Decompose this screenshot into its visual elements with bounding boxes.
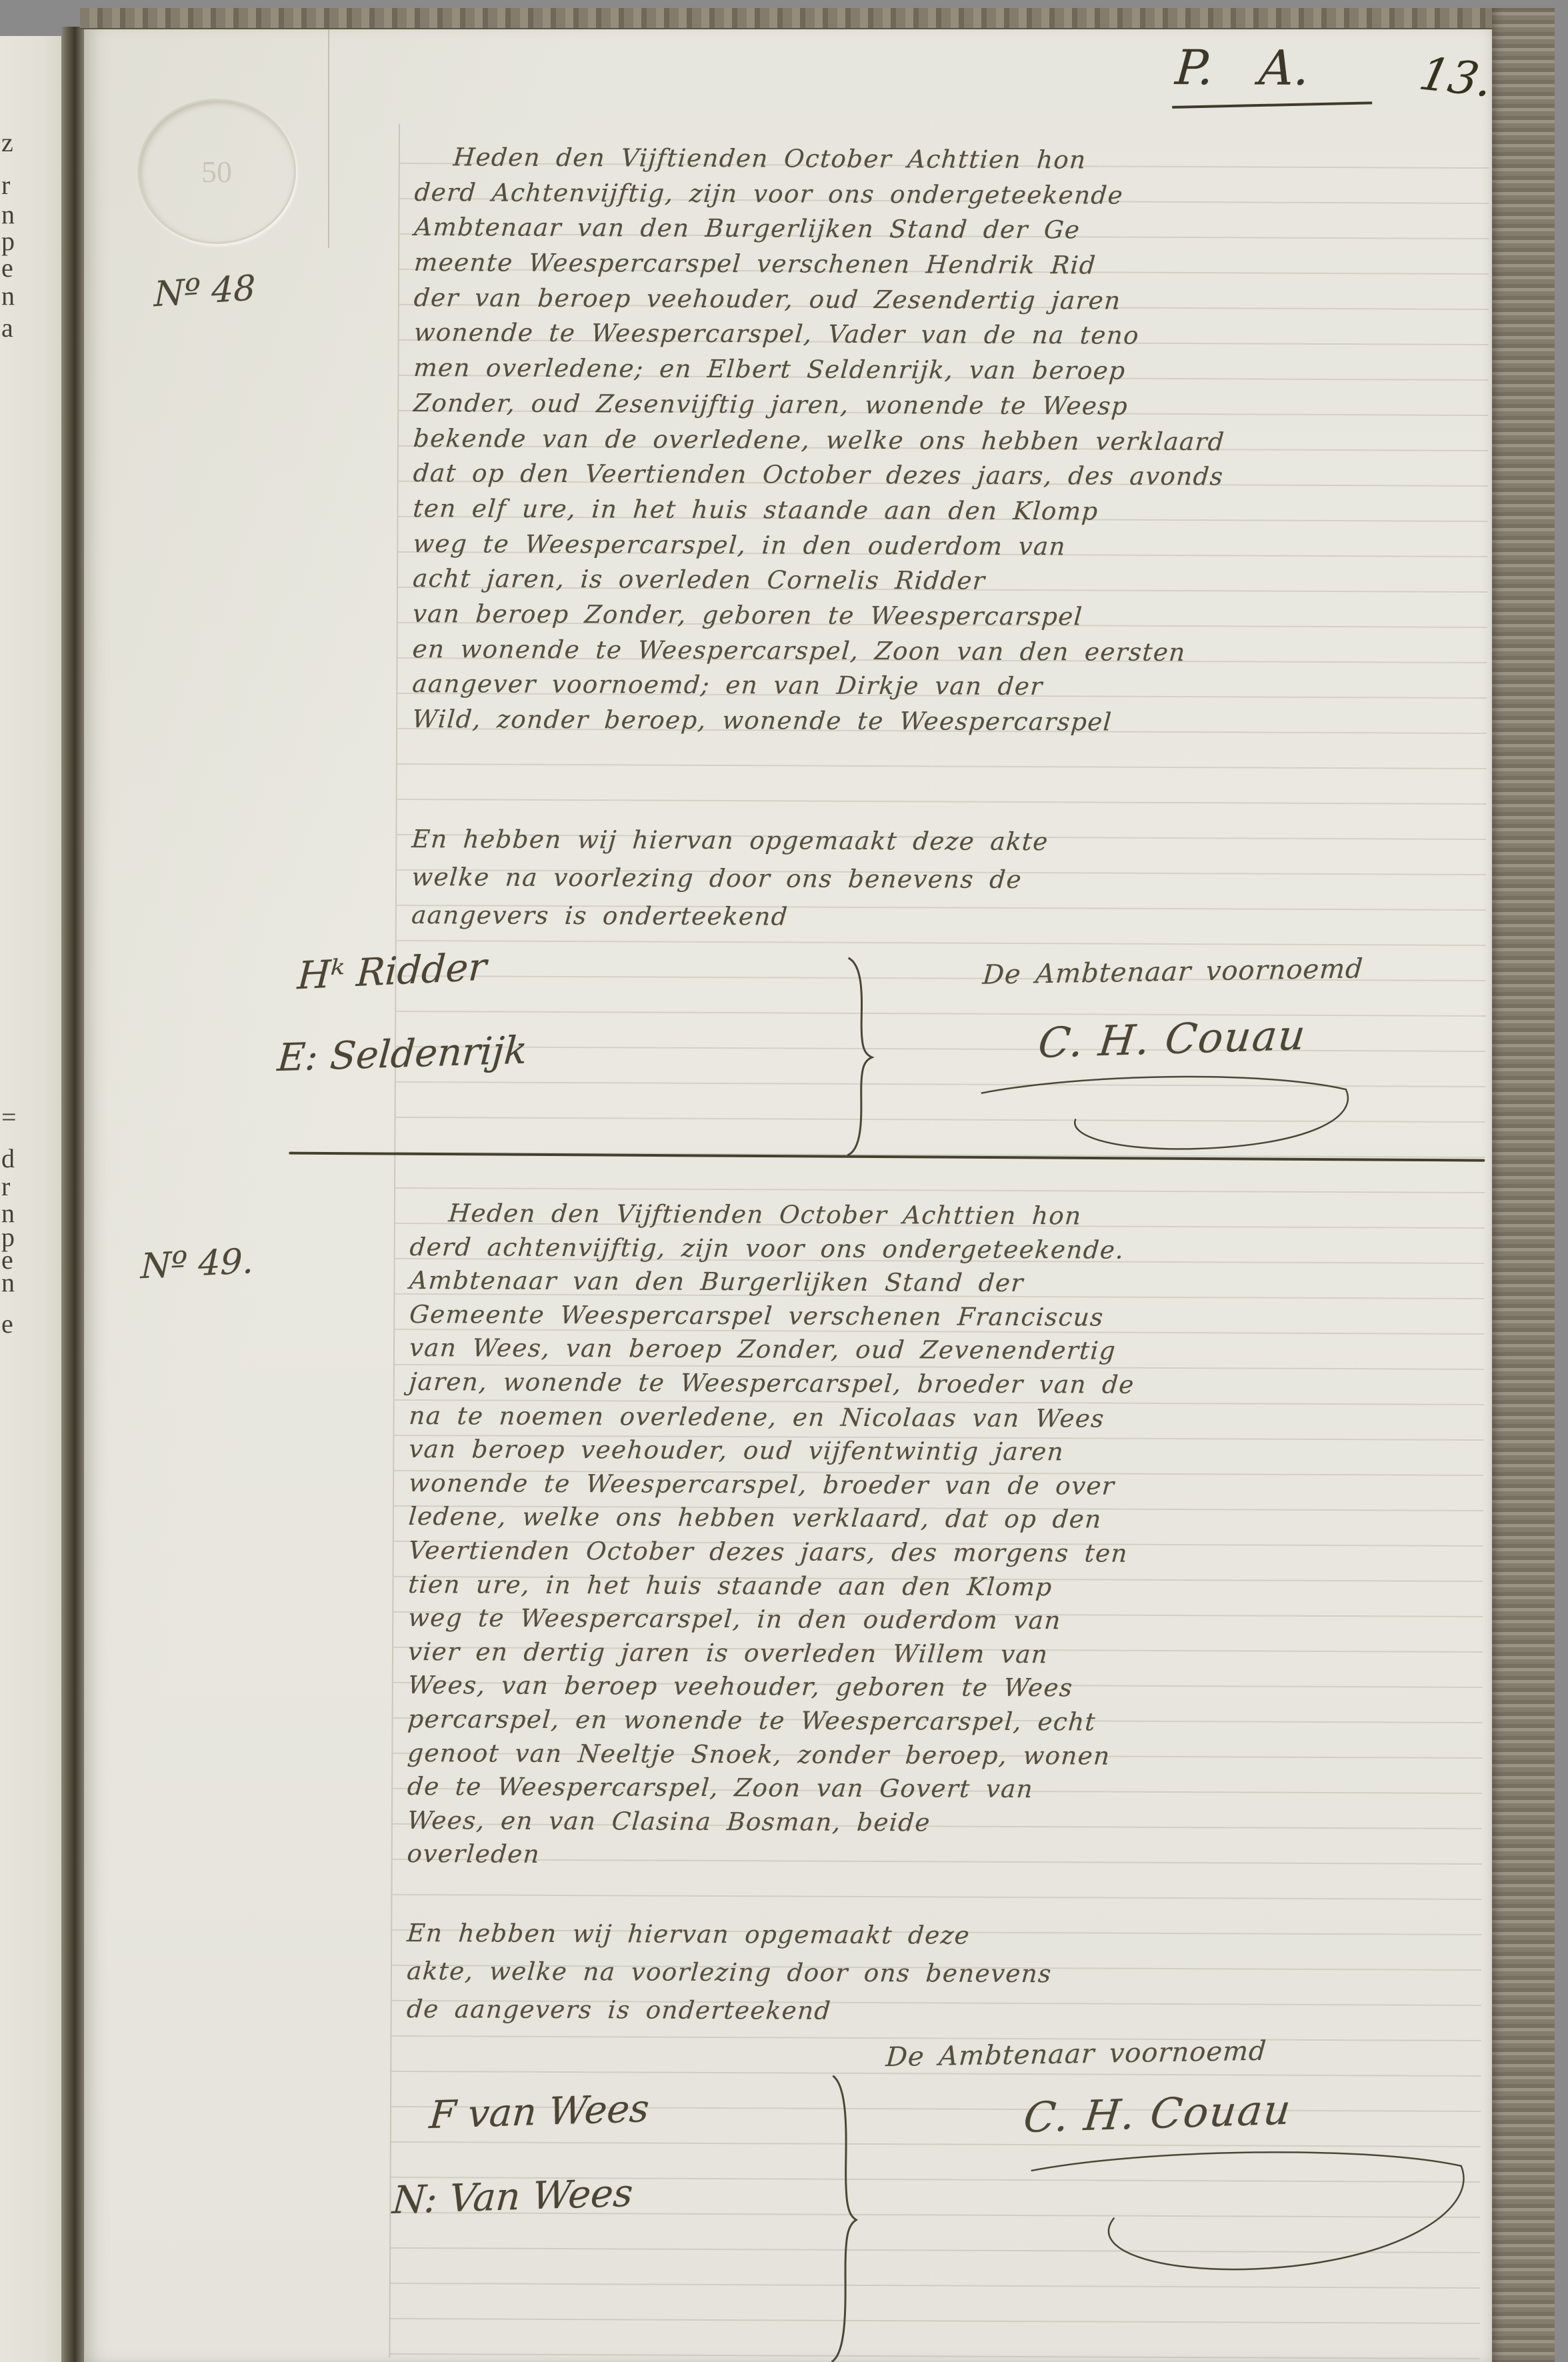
ruled-line [395, 1187, 1485, 1193]
record-49-body-line: genoot van Neeltje Snoek, zonder beroep,… [406, 1738, 1134, 1775]
record-49-body-line: Ambtenaar van den Burgerlijken Stand der [408, 1266, 1136, 1303]
record-48-closing: En hebben wij hiervan opgemaakt deze akt… [410, 825, 1047, 941]
header-annotation: P. A. [1173, 39, 1311, 96]
record-49-closing-line: de aangevers is onderteekend [405, 1995, 1053, 2035]
record-49-body-line: percarspel, en wonende te Weespercarspel… [406, 1705, 1134, 1741]
record-49-closing-line: En hebben wij hiervan opgemaakt deze [405, 1919, 1053, 1959]
record-48-signature-declarant-2: E: Seldenrijk [276, 1028, 529, 1080]
record-48-body-line: acht jaren, is overleden Cornelis Ridder [411, 564, 1225, 603]
record-49-number: Nº 49. [140, 1241, 253, 1287]
record-49-official-caption: De Ambtenaar voornoemd [885, 2036, 1267, 2073]
record-48-body-line: meente Weespercarspel verschenen Hendrik… [413, 248, 1227, 287]
record-48-body-line: en wonende te Weespercarspel, Zoon van d… [411, 635, 1225, 673]
record-49-body: Heden den Vijftienden October Achttien h… [406, 1199, 1134, 1877]
record-49-body-line: tien ure, in het huis staande aan den Kl… [407, 1570, 1135, 1607]
record-48-body-line: ten elf ure, in het huis staande aan den… [411, 494, 1225, 533]
record-49-signature-declarant-2: N: Van Wees [391, 2171, 634, 2223]
signature-brace-icon [841, 957, 875, 1157]
record-48-body-line: men overledene; en Elbert Seldenrijk, va… [412, 353, 1226, 392]
record-48-body-line: derd Achtenvijftig, zijn voor ons onderg… [413, 178, 1227, 217]
record-48-body-line: wonende te Weespercarspel, Vader van de … [413, 318, 1227, 357]
record-48-body-line: Wild, zonder beroep, wonende te Weesperc… [411, 705, 1225, 743]
record-49-body-line: Wees, van beroep veehouder, geboren te W… [407, 1671, 1135, 1707]
record-48-signature-declarant-1: Hᵏ Ridder [296, 945, 487, 998]
record-49-official-signature: C. H. Couau [1021, 2085, 1295, 2142]
record-49-signature-declarant-1: F van Wees [428, 2087, 651, 2137]
record-49-body-line: overleden [406, 1839, 1134, 1876]
header-annotation-underline [1172, 101, 1372, 109]
ruled-line [391, 2318, 1480, 2324]
record-49-body-line: de te Weespercarspel, Zoon van Govert va… [406, 1772, 1134, 1809]
ruled-line [390, 2353, 1479, 2359]
ruled-line [392, 1894, 1481, 1900]
ruled-line [396, 1046, 1485, 1052]
record-49-body-line: Gemeente Weespercarspel verschenen Franc… [408, 1300, 1136, 1337]
record-49-closing-line: akte, welke na voorlezing door ons benev… [405, 1957, 1053, 1997]
record-49-body-line: ledene, welke ons hebben verklaard, dat … [407, 1502, 1135, 1539]
record-49-body-line: Wees, en van Clasina Bosman, beide [406, 1806, 1134, 1843]
ruled-line [396, 1011, 1485, 1017]
record-49-body-line: Heden den Vijftienden October Achttien h… [409, 1199, 1137, 1235]
record-48-body-line: van beroep Zonder, geboren te Weespercar… [411, 599, 1225, 638]
record-49-body-line: van beroep veehouder, oud vijfentwintig … [407, 1435, 1135, 1471]
record-49-body-line: wonende te Weespercarspel, broeder van d… [407, 1469, 1135, 1505]
ruled-line [397, 799, 1487, 805]
record-48-closing-line: En hebben wij hiervan opgemaakt deze akt… [410, 825, 1049, 865]
scanned-register-page: zrnpena =drnpene 50 P. A. 13. Nº 48 Hede… [0, 0, 1568, 2362]
record-48-body-line: Ambtenaar van den Burgerlijken Stand der… [413, 213, 1227, 251]
signature-flourish-icon [975, 1068, 1363, 1170]
record-48-closing-line: welke na voorlezing door ons benevens de [410, 863, 1049, 903]
record-49-body-line: Veertienden October dezes jaars, des mor… [407, 1536, 1135, 1573]
ruling [1, 0, 1568, 5]
record-49-body-line: derd achtenvijftig, zijn voor ons onderg… [409, 1233, 1137, 1269]
signature-flourish-icon [1021, 2143, 1481, 2291]
record-48-body-line: aangever voornoemd; en van Dirkje van de… [411, 669, 1225, 708]
record-49-closing: En hebben wij hiervan opgemaakt dezeakte… [405, 1919, 1051, 2035]
ruled-line [392, 2035, 1481, 2041]
record-48-official-caption: De Ambtenaar voornoemd [981, 953, 1364, 991]
record-48-body-line: dat op den Veertienden October dezes jaa… [412, 459, 1226, 497]
signature-brace-icon [825, 2074, 859, 2362]
record-48-number: Nº 48 [154, 268, 256, 315]
margin-rule [389, 124, 400, 2357]
ruled-line [397, 763, 1487, 769]
record-48-official-signature: C. H. Couau [1036, 1011, 1309, 1068]
record-48-body-line: bekende van de overledene, welke ons heb… [412, 424, 1226, 463]
record-48-body-line: der van beroep veehouder, oud Zesenderti… [413, 283, 1227, 322]
record-49-body-line: weg te Weespercarspel, in den ouderdom v… [407, 1603, 1135, 1640]
ink-layer: P. A. 13. Nº 48 Heden den Vijftienden Oc… [0, 0, 1568, 2362]
page-number: 13. [1415, 48, 1497, 107]
record-48-body: Heden den Vijftienden October Achttien h… [411, 143, 1225, 743]
record-48-body-line: weg te Weespercarspel, in den ouderdom v… [411, 529, 1225, 568]
record-49-body-line: van Wees, van beroep Zonder, oud Zevenen… [408, 1333, 1136, 1370]
record-48-body-line: Heden den Vijftienden October Achttien h… [413, 143, 1227, 181]
record-48-body-line: Zonder, oud Zesenvijftig jaren, wonende … [412, 389, 1226, 427]
record-48-closing-line: aangevers is onderteekend [410, 901, 1049, 941]
record-49-body-line: jaren, wonende te Weespercarspel, broede… [408, 1367, 1136, 1404]
record-49-body-line: na te noemen overledene, en Nicolaas van… [407, 1401, 1135, 1438]
record-49-body-line: vier en dertig jaren is overleden Willem… [407, 1637, 1135, 1674]
